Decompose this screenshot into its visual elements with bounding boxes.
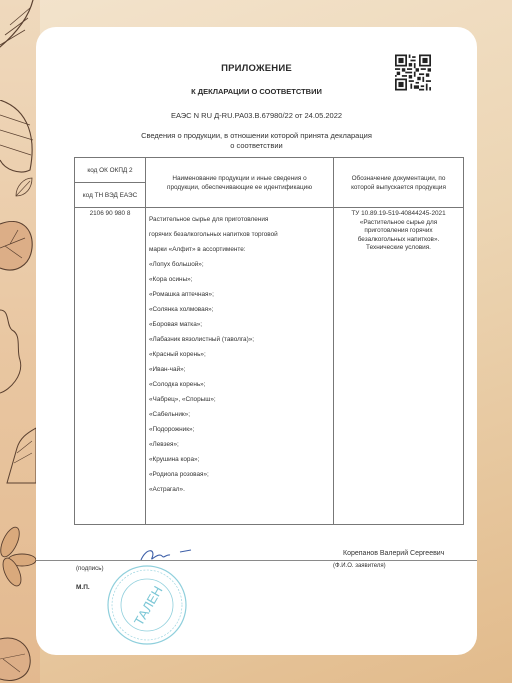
product-list-item: «Астрагал». [149, 482, 329, 497]
signature-mark [136, 546, 196, 564]
product-list-item: «Кора осины»; [149, 272, 329, 287]
signature-line [36, 560, 477, 561]
leaf-decoration-icon [0, 520, 36, 595]
intro-text: Сведения о продукции, в отношении которо… [36, 131, 477, 151]
product-list-item: горячих безалкогольных напитков торговой [149, 227, 329, 242]
registration-number: ЕАЭС N RU Д-RU.РА03.В.67980/22 от 24.05.… [36, 111, 477, 120]
documentation-line: ТУ 10.89.19-519-40844245-2021 [334, 210, 463, 219]
product-list-item: марки «Алфит» в ассортименте: [149, 242, 329, 257]
intro-line-1: Сведения о продукции, в отношении которо… [36, 131, 477, 141]
product-list-item: «Лабазник вязолистный (таволга)»; [149, 332, 329, 347]
product-list-item: «Красный корень»; [149, 347, 329, 362]
product-list-item: «Иван-чай»; [149, 362, 329, 377]
table-row: 2106 90 980 8 Растительное сырье для при… [75, 208, 464, 525]
product-list-item: «Подорожник»; [149, 422, 329, 437]
leaf-decoration-icon [0, 218, 36, 274]
svg-text:ТАЛЕН: ТАЛЕН [131, 583, 166, 628]
fio-label: (Ф.И.О. заявителя) [333, 563, 386, 569]
documentation-line: приготовления горячих [334, 227, 463, 236]
product-code: 2106 90 980 8 [75, 208, 146, 525]
product-list-item: «Родиола розовая»; [149, 467, 329, 482]
seal-label: М.П. [76, 584, 90, 591]
documentation-cell: ТУ 10.89.19-519-40844245-2021«Растительн… [334, 208, 464, 525]
product-list-item: «Боровая матка»; [149, 317, 329, 332]
product-list-item: «Чабрец», «Спорыш»; [149, 392, 329, 407]
applicant-name: Корепанов Валерий Сергеевич [343, 550, 444, 557]
header-code-tnved: код ТН ВЭД ЕАЭС [75, 183, 146, 208]
leaf-decoration-icon [0, 305, 25, 395]
document-card: ПРИЛОЖЕНИЕ К ДЕКЛАРАЦИИ О СООТВЕТСТВИИ Е… [36, 27, 477, 655]
product-list-item: «Ромашка аптечная»; [149, 287, 329, 302]
product-list-item: «Солодка корень»; [149, 377, 329, 392]
product-table: код ОК ОКПД 2 Наименование продукции и и… [74, 157, 464, 525]
seal-stamp-icon: ТАЛЕН [106, 564, 188, 646]
intro-line-2: о соответствии [36, 141, 477, 151]
product-list-item: Растительное сырье для приготовления [149, 212, 329, 227]
product-list-item: «Сабельник»; [149, 407, 329, 422]
leaf-decoration-icon [0, 100, 36, 175]
leaf-decoration-icon [0, 0, 40, 60]
signature-label: (подпись) [76, 565, 104, 572]
leaf-decoration-icon [2, 423, 36, 488]
leaf-decoration-icon [0, 634, 34, 683]
product-list-item: «Крушина кора»; [149, 452, 329, 467]
product-list-item: «Лопух большой»; [149, 257, 329, 272]
qr-code-icon[interactable] [395, 54, 431, 91]
header-product-name: Наименование продукции и иные сведения о… [146, 158, 334, 208]
documentation-line: «Растительное сырье для [334, 219, 463, 228]
header-documentation: Обозначение документации, по которой вып… [334, 158, 464, 208]
product-name-cell: Растительное сырье для приготовлениягоря… [146, 208, 334, 525]
header-code-okpd: код ОК ОКПД 2 [75, 158, 146, 183]
leaf-decoration-icon [14, 176, 34, 198]
product-list-item: «Левзея»; [149, 437, 329, 452]
documentation-line: безалкогольных напитков». [334, 236, 463, 245]
product-list-item: «Солянка холмовая»; [149, 302, 329, 317]
documentation-line: Технические условия. [334, 244, 463, 253]
